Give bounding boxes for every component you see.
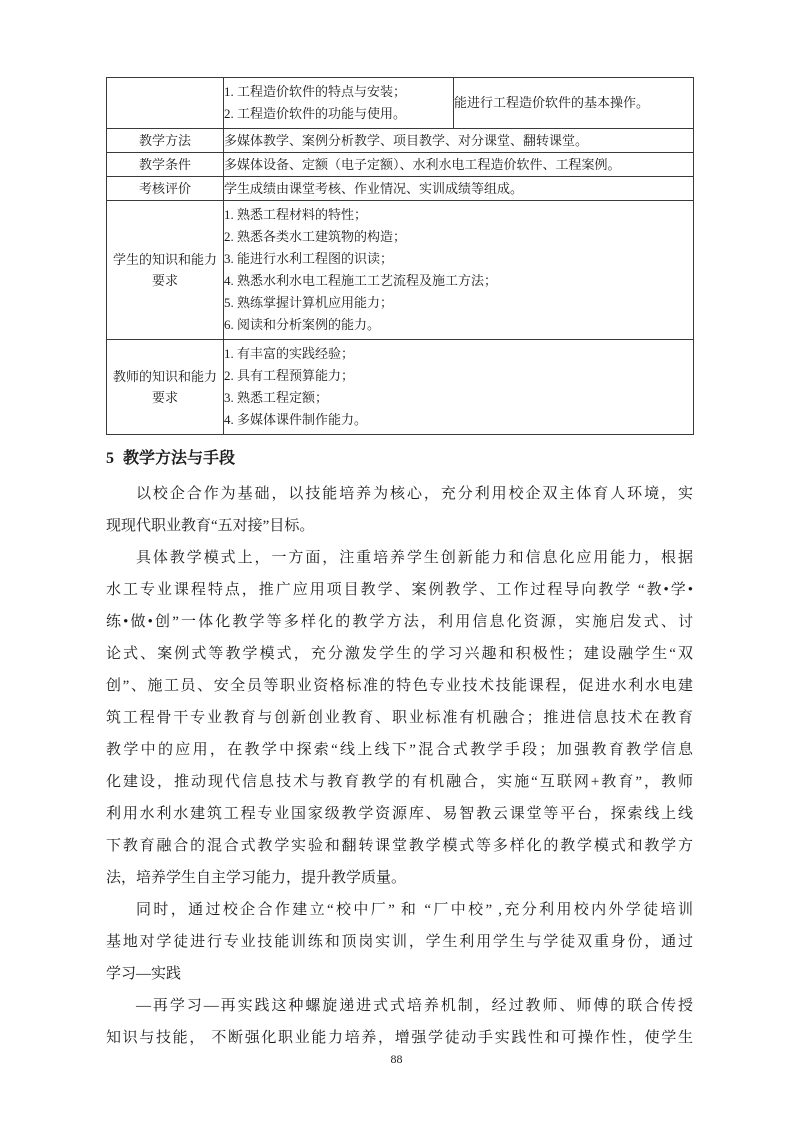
paragraph-line: 同时，通过校企合作建立“校中厂” 和 “厂中校” ,充分利用校内外学徒培训 — [106, 894, 693, 926]
paragraph-line: 水工专业课程特点，推广应用项目教学、案例教学、工作过程导向教学 “教•学• — [106, 574, 693, 606]
paragraph-line: 现现代职业教育“五对接”目标。 — [106, 510, 693, 542]
table-row: 学生的知识和能力 要求 1. 熟悉工程材料的特性； 2. 熟悉各类水工建筑物的构… — [107, 201, 694, 340]
topic-skill-cell: 能进行工程造价软件的基本操作。 — [454, 78, 694, 129]
row-content: 多媒体教学、案例分析教学、项目教学、对分课堂、翻转课堂。 — [224, 129, 694, 153]
table-cell-line: 5. 熟练掌握计算机应用能力； — [224, 292, 693, 314]
label-line: 要求 — [107, 387, 223, 408]
label-line: 学生的知识和能力 — [107, 249, 223, 270]
table-row: 教师的知识和能力 要求 1. 有丰富的实践经验； 2. 具有工程预算能力； 3.… — [107, 340, 694, 435]
paragraph-line: 下教育融合的混合式教学实验和翻转课堂教学模式等多样化的教学模式和教学方 — [106, 830, 693, 862]
course-spec-table: 1. 工程造价软件的特点与安装； 2. 工程造价软件的功能与使用。 能进行工程造… — [106, 77, 694, 435]
paragraph-line: —再学习—再实践这种螺旋递进式式培养机制，经过教师、师傅的联合传授 — [106, 990, 693, 1022]
table-row: 1. 工程造价软件的特点与安装； 2. 工程造价软件的功能与使用。 能进行工程造… — [107, 78, 694, 129]
paragraph-line: 创”、施工员、安全员等职业资格标准的特色专业技术技能课程，促进水利水电建 — [106, 670, 693, 702]
paragraph-line: 筑工程骨干专业教育与创新创业教育、职业标准有机融合；推进信息技术在教育 — [106, 702, 693, 734]
table-cell-line: 4. 多媒体课件制作能力。 — [224, 409, 693, 431]
section-heading: 5 教学方法与手段 — [106, 448, 693, 470]
table-row: 教学条件 多媒体设备、定额（电子定额）、水利水电工程造价软件、工程案例。 — [107, 153, 694, 177]
table-cell-line: 1. 工程造价软件的特点与安装； — [224, 81, 453, 103]
paragraph-line: 学习—实践 — [106, 958, 693, 990]
paragraph-line: 化建设，推动现代信息技术与教育教学的有机融合，实施“互联网+教育”，教师 — [106, 766, 693, 798]
paragraph: 同时，通过校企合作建立“校中厂” 和 “厂中校” ,充分利用校内外学徒培训 基地… — [106, 894, 693, 990]
student-req-content: 1. 熟悉工程材料的特性； 2. 熟悉各类水工建筑物的构造； 3. 能进行水利工… — [224, 201, 694, 340]
table-cell-line: 2. 工程造价软件的功能与使用。 — [224, 103, 453, 125]
section-title: 教学方法与手段 — [123, 448, 235, 470]
paragraph-line: 以校企合作为基础，以技能培养为核心，充分利用校企双主体育人环境，实 — [106, 478, 693, 510]
paragraph-line: 知识与技能， 不断强化职业能力培养，增强学徒动手实践性和可操作性，使学生 — [106, 1022, 693, 1054]
topic-content-cell: 1. 工程造价软件的特点与安装； 2. 工程造价软件的功能与使用。 — [224, 78, 454, 129]
table-cell-line: 2. 熟悉各类水工建筑物的构造； — [224, 226, 693, 248]
paragraph-line: 论式、案例式等教学模式，充分激发学生的学习兴趣和积极性；建设融学生“双 — [106, 638, 693, 670]
row-label: 教学方法 — [107, 129, 224, 153]
row-label: 教学条件 — [107, 153, 224, 177]
row-content: 学生成绩由课堂考核、作业情况、实训成绩等组成。 — [224, 177, 694, 201]
paragraph-line: 法，培养学生自主学习能力，提升教学质量。 — [106, 862, 693, 894]
paragraph-line: 教学中的应用，在教学中探索“线上线下”混合式教学手段；加强教育教学信息 — [106, 734, 693, 766]
page-content: 1. 工程造价软件的特点与安装； 2. 工程造价软件的功能与使用。 能进行工程造… — [106, 77, 693, 1054]
paragraph: 具体教学模式上，一方面，注重培养学生创新能力和信息化应用能力，根据 水工专业课程… — [106, 542, 693, 894]
paragraph-line: 具体教学模式上，一方面，注重培养学生创新能力和信息化应用能力，根据 — [106, 542, 693, 574]
table-cell-line: 1. 熟悉工程材料的特性； — [224, 204, 693, 226]
paragraph: 以校企合作为基础，以技能培养为核心，充分利用校企双主体育人环境，实 现现代职业教… — [106, 478, 693, 542]
table-cell-line: 3. 能进行水利工程图的识读； — [224, 248, 693, 270]
document-page: 1. 工程造价软件的特点与安装； 2. 工程造价软件的功能与使用。 能进行工程造… — [0, 0, 793, 1122]
teacher-req-label: 教师的知识和能力 要求 — [107, 340, 224, 435]
table-cell-line: 6. 阅读和分析案例的能力。 — [224, 314, 693, 336]
paragraph-line: 练•做•创”一体化教学等多样化的教学方法，利用信息化资源，实施启发式、讨 — [106, 606, 693, 638]
label-line: 教师的知识和能力 — [107, 366, 223, 387]
table-cell-line: 2. 具有工程预算能力； — [224, 365, 693, 387]
label-line: 要求 — [107, 270, 223, 291]
student-req-label: 学生的知识和能力 要求 — [107, 201, 224, 340]
row-content: 多媒体设备、定额（电子定额）、水利水电工程造价软件、工程案例。 — [224, 153, 694, 177]
paragraph-line: 利用水利水建筑工程专业国家级教学资源库、易智教云课堂等平台，探索线上线 — [106, 798, 693, 830]
teacher-req-content: 1. 有丰富的实践经验； 2. 具有工程预算能力； 3. 熟悉工程定额； 4. … — [224, 340, 694, 435]
table-cell-line: 4. 熟悉水利水电工程施工工艺流程及施工方法； — [224, 270, 693, 292]
table-cell-line: 3. 熟悉工程定额； — [224, 387, 693, 409]
page-number: 88 — [0, 1052, 793, 1067]
paragraph-line: 基地对学徒进行专业技能训练和顶岗实训，学生利用学生与学徒双重身份，通过 — [106, 926, 693, 958]
table-row: 教学方法 多媒体教学、案例分析教学、项目教学、对分课堂、翻转课堂。 — [107, 129, 694, 153]
section-number: 5 — [106, 448, 114, 470]
table-row: 考核评价 学生成绩由课堂考核、作业情况、实训成绩等组成。 — [107, 177, 694, 201]
table-cell-line: 1. 有丰富的实践经验； — [224, 343, 693, 365]
empty-label-cell — [107, 78, 224, 129]
table-cell-line: 能进行工程造价软件的基本操作。 — [454, 92, 693, 114]
paragraph: —再学习—再实践这种螺旋递进式式培养机制，经过教师、师傅的联合传授 知识与技能，… — [106, 990, 693, 1054]
row-label: 考核评价 — [107, 177, 224, 201]
